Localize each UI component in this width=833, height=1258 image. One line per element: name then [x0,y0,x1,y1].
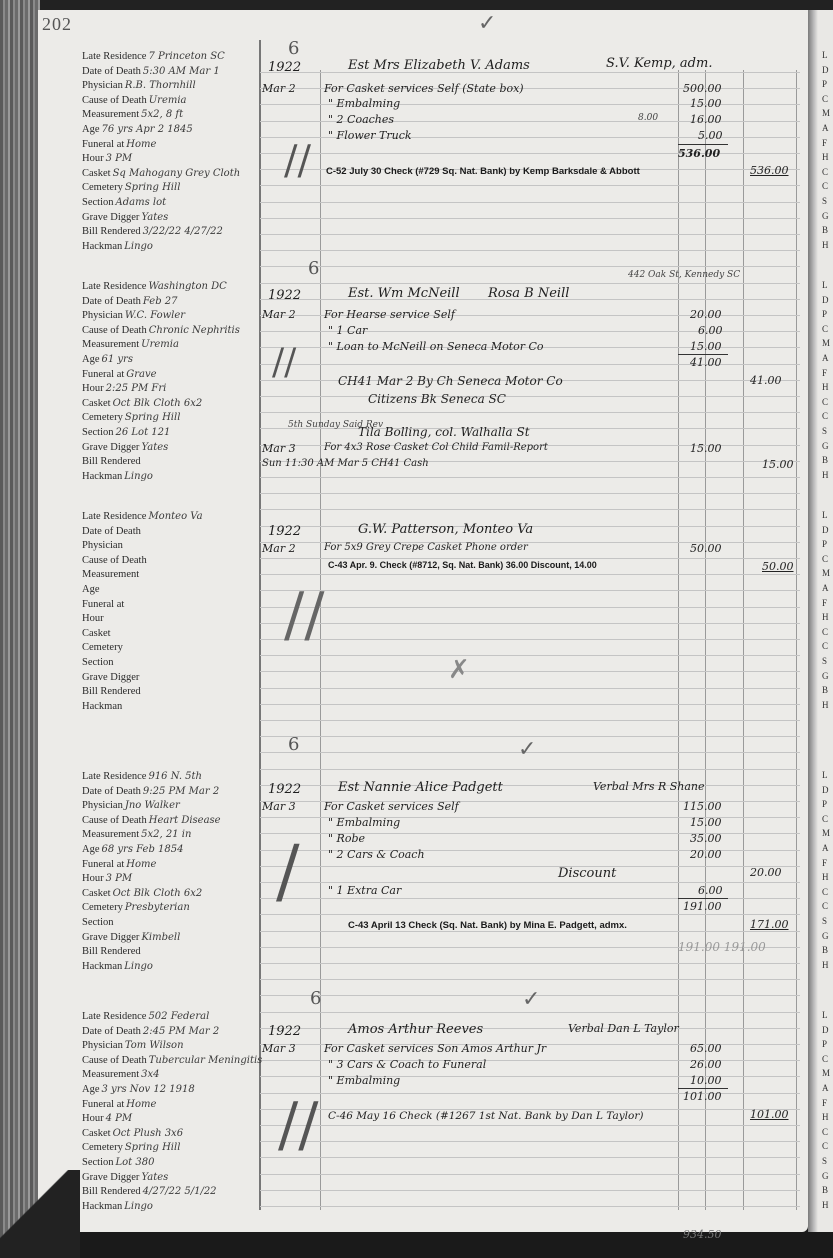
facing-page-label: D [822,1025,829,1036]
facing-page-label: H [822,1112,829,1123]
ruled-line [260,1174,800,1175]
line-amount: 20.00 [690,308,722,321]
facing-page-label: M [822,108,830,119]
field-grave-digger: Grave DiggerYates [82,211,297,226]
entry-party: S.V. Kemp, adm. [606,56,712,71]
facing-page-label: H [822,960,829,971]
ruled-line [260,574,800,575]
field-bill-rendered: Bill Rendered [82,685,297,700]
field-section: Section26 Lot 121 [82,426,297,441]
payment-note: CH41 Mar 2 By Ch Seneca Motor Co [338,374,563,388]
field-late-residence: Late Residence502 Federal [82,1010,297,1025]
facing-page-label: C [822,901,828,912]
field-hackman: HackmanLingo [82,240,297,255]
checkmark-icon: ✓ [522,986,540,1012]
subtotal-rule [678,354,728,355]
field-cause-of-death: Cause of DeathChronic Nephritis [82,324,297,339]
facing-page-label: B [822,685,828,696]
ruled-line [260,1141,800,1142]
field-age: Age3 yrs Nov 12 1918 [82,1083,297,1098]
ruled-line [260,623,800,624]
line-desc: " Embalming [328,816,400,829]
line-amount: 15.00 [690,97,722,110]
double-slash-mark: // [272,342,296,383]
facing-page-label: P [822,309,827,320]
line-amount: 65.00 [690,1042,722,1055]
field-cemetery: CemeterySpring Hill [82,1141,297,1156]
line-amount: 5.00 [698,129,723,142]
field-date-of-death: Date of DeathFeb 27 [82,295,297,310]
field-date-of-death: Date of Death [82,525,297,540]
double-slash-mark: // [278,1090,318,1160]
ruled-line [260,704,800,705]
ruled-line [260,1190,800,1191]
facing-page-label: D [822,785,829,796]
facing-page-edge: LDPCMAFHCCSGBHLDPCMAFHCCSGBHLDPCMAFHCCSG… [808,10,833,1232]
line-amount: 6.00 [698,324,723,337]
facing-page-label: B [822,1185,828,1196]
facing-page-label: C [822,641,828,652]
field-cause-of-death: Cause of Death [82,554,297,569]
facing-page-label: H [822,1200,829,1211]
ruled-line [260,266,800,267]
line-desc: " Embalming [328,97,400,110]
entry-header: G.W. Patterson, Monteo Va [358,522,533,537]
payment-bank: Citizens Bk Seneca SC [368,392,506,406]
facing-page-label: C [822,554,828,565]
ruled-line [260,1028,800,1029]
facing-page-label: C [822,814,828,825]
facing-page-label: A [822,353,829,364]
facing-page-label: F [822,138,827,149]
payment-note: C-43 April 13 Check (Sq. Nat. Bank) by M… [348,920,627,931]
facing-page-label: F [822,368,827,379]
payment-note: C-46 May 16 Check (#1267 1st Nat. Bank b… [328,1110,643,1122]
ruled-line [260,1125,800,1126]
footer-totals: 191.00 191.00 [678,940,766,954]
line-amount: 500.00 [683,82,722,95]
line-desc: For 4x3 Rose Casket Col Child Famil-Repo… [324,442,548,453]
field-bill-rendered: Bill Rendered4/27/22 5/1/22 [82,1185,297,1200]
ruled-line [260,234,800,235]
ruled-line [260,882,800,883]
ruled-line [260,914,800,915]
double-slash-mark: // [284,580,324,650]
facing-page-label: F [822,858,827,869]
subtotal-rule [678,144,728,145]
ruled-line [260,283,800,284]
facing-page-label: H [822,612,829,623]
facing-page-label: H [822,240,829,251]
line-desc: Sun 11:30 AM Mar 5 CH41 Cash [262,458,429,469]
facing-page-label: A [822,123,829,134]
line-date: Mar 3 [262,442,296,455]
discount-amount: 20.00 [750,866,782,879]
facing-page-label: L [822,50,828,61]
facing-page-label: H [822,382,829,393]
line-desc: " Robe [328,832,365,845]
entry-party: Rosa B Neill [488,286,569,301]
field-section: SectionLot 380 [82,1156,297,1171]
facing-page-label: F [822,1098,827,1109]
field-age: Age [82,583,297,598]
ruled-line [260,688,800,689]
line-amount: 35.00 [690,832,722,845]
paid-amount: 101.00 [750,1108,789,1121]
cross-mark: ✗ [448,655,470,685]
field-funeral-at: Funeral atHome [82,138,297,153]
field-casket: Casket [82,627,297,642]
paid-amount: 171.00 [750,918,789,931]
line-desc: For Casket services Son Amos Arthur Jr [324,1042,546,1055]
entry-year: 1922 [268,288,301,303]
field-funeral-at: Funeral atHome [82,858,297,873]
line-date: Mar 3 [262,1042,296,1055]
field-age: Age76 yrs Apr 2 1845 [82,123,297,138]
line-amount: 115.00 [683,800,722,813]
field-late-residence: Late Residence916 N. 5th [82,770,297,785]
column-divider-paid-cents [796,70,797,1210]
ruled-line [260,72,800,73]
ruled-line [260,607,800,608]
subtotal-rule [678,898,728,899]
paid-amount: 15.00 [762,458,794,471]
line-amount: 15.00 [690,816,722,829]
ruled-line [260,590,800,591]
subtotal: 101.00 [683,1090,722,1103]
line-date: Mar 2 [262,542,296,555]
line-desc: " 3 Cars & Coach to Funeral [328,1058,486,1071]
entry-3-fields: Late ResidenceMonteo Va Date of Death Ph… [82,510,297,714]
ruled-line [260,396,800,397]
field-late-residence: Late Residence7 Princeton SC [82,50,297,65]
page-number: 202 [42,14,72,35]
entry-year: 1922 [268,524,301,539]
field-date-of-death: Date of Death9:25 PM Mar 2 [82,785,297,800]
field-cemetery: CemeterySpring Hill [82,411,297,426]
checkmark-icon: ✓ [478,10,496,36]
column-divider-cents [705,70,706,1210]
field-late-residence: Late ResidenceMonteo Va [82,510,297,525]
field-cemetery: CemeterySpring Hill [82,181,297,196]
ledger-page: 202 Late Residence7 Princeton SC Date of… [38,10,808,1232]
field-age: Age61 yrs [82,353,297,368]
ruled-line [260,250,800,251]
line-desc: " 2 Coaches [328,113,394,126]
facing-page-label: M [822,1068,830,1079]
line-desc: For Hearse service Self [324,308,455,321]
facing-page-label: M [822,568,830,579]
facing-page-label: P [822,799,827,810]
facing-page-label: L [822,510,828,521]
field-measurement: Measurement [82,568,297,583]
facing-page-label: C [822,94,828,105]
paid-amount: 41.00 [750,374,782,387]
entry-1-fields: Late Residence7 Princeton SC Date of Dea… [82,50,297,254]
book-binding [0,0,40,1258]
ruled-line [260,477,800,478]
ruled-line [260,979,800,980]
ruled-line [260,202,800,203]
field-hour: Hour [82,612,297,627]
facing-page-label: A [822,1083,829,1094]
entry-mark: 6 [288,734,299,755]
column-divider-amount [678,70,679,1210]
entry-party: Verbal Mrs R Shane [593,780,705,793]
line-amount: 16.00 [690,113,722,126]
facing-page-label: C [822,887,828,898]
subtotal-rule [678,1088,728,1089]
double-slash-mark: // [284,138,311,184]
payment-note: C-43 Apr. 9. Check (#8712, Sq. Nat. Bank… [328,560,597,570]
field-casket: CasketOct Blk Cloth 6x2 [82,887,297,902]
entry-mark: 6 [310,988,321,1009]
line-note: 8.00 [638,113,658,123]
extra-name: Tila Bolling, col. Walhalla St [358,425,530,439]
facing-page-label: S [822,196,827,207]
line-amount: 10.00 [690,1074,722,1087]
ruled-line [260,866,800,867]
entry-5-fields: Late Residence502 Federal Date of Death2… [82,1010,297,1214]
facing-page-label: S [822,656,827,667]
facing-page-label: L [822,280,828,291]
ruled-line [260,493,800,494]
line-desc: " Embalming [328,1074,400,1087]
facing-page-label: C [822,324,828,335]
facing-page-label: C [822,397,828,408]
field-hackman: HackmanLingo [82,1200,297,1215]
facing-page-label: C [822,1141,828,1152]
line-date: Mar 2 [262,308,296,321]
facing-page-label: C [822,167,828,178]
ruled-line [260,639,800,640]
field-funeral-at: Funeral atGrave [82,368,297,383]
discount-label: Discount [558,866,616,881]
line-amount: 15.00 [690,340,722,353]
field-hour: Hour4 PM [82,1112,297,1127]
book-corner [0,1170,80,1258]
facing-page-label: C [822,1054,828,1065]
entry-header: Est. Wm McNeill [348,286,460,301]
field-measurement: MeasurementUremia [82,338,297,353]
line-desc: " 2 Cars & Coach [328,848,425,861]
line-amount: 20.00 [690,848,722,861]
field-section: Section [82,656,297,671]
ruled-line [260,412,800,413]
field-cemetery: Cemetery [82,641,297,656]
facing-page-label: B [822,945,828,956]
facing-page-label: H [822,872,829,883]
field-casket: CasketOct Plush 3x6 [82,1127,297,1142]
subtotal: 41.00 [690,356,722,369]
entry-header: Est Mrs Elizabeth V. Adams [348,58,530,73]
facing-page-label: P [822,1039,827,1050]
field-casket: CasketSq Mahogany Grey Cloth [82,167,297,182]
facing-page-label: S [822,916,827,927]
field-hackman: Hackman [82,700,297,715]
entry-header: Est Nannie Alice Padgett [338,780,503,795]
facing-page-label: D [822,295,829,306]
subtotal: 536.00 [678,147,720,160]
field-date-of-death: Date of Death5:30 AM Mar 1 [82,65,297,80]
paid-amount: 50.00 [762,560,794,573]
field-grave-digger: Grave Digger [82,671,297,686]
checkmark-icon: ✓ [518,736,536,762]
line-desc: " 1 Car [328,324,367,337]
ruled-line [260,509,800,510]
line-date: Mar 3 [262,800,296,813]
facing-page-label: M [822,828,830,839]
ruled-line [260,671,800,672]
facing-page-label: C [822,181,828,192]
field-hour: Hour3 PM [82,152,297,167]
facing-page-label: L [822,770,828,781]
field-casket: CasketOct Blk Cloth 6x2 [82,397,297,412]
entry-mark: 6 [288,38,299,59]
ruled-line [260,218,800,219]
ruled-line [260,1206,800,1207]
field-section: SectionAdams lot [82,196,297,211]
field-cause-of-death: Cause of DeathTubercular Meningitis [82,1054,297,1069]
facing-page-label: D [822,65,829,76]
double-slash-mark: / [276,830,300,912]
line-amount: 50.00 [690,542,722,555]
line-desc: For Casket services Self (State box) [324,82,524,95]
field-measurement: Measurement5x2, 21 in [82,828,297,843]
facing-page-label: G [822,441,829,452]
field-bill-rendered: Bill Rendered3/22/22 4/27/22 [82,225,297,240]
ruled-line [260,558,800,559]
facing-page-label: S [822,1156,827,1167]
facing-page-label: M [822,338,830,349]
ruled-line [260,963,800,964]
facing-page-label: H [822,700,829,711]
ruled-line [260,655,800,656]
line-desc: For Casket services Self [324,800,459,813]
facing-page-label: G [822,1171,829,1182]
field-late-residence: Late ResidenceWashington DC [82,280,297,295]
field-age: Age68 yrs Feb 1854 [82,843,297,858]
facing-page-label: G [822,671,829,682]
page-total: 934.50 [683,1228,722,1241]
entry-year: 1922 [268,782,301,797]
subtotal: 191.00 [683,900,722,913]
facing-page-label: C [822,627,828,638]
field-funeral-at: Funeral at [82,598,297,613]
field-section: Section [82,916,297,931]
facing-page-label: H [822,152,829,163]
field-bill-rendered: Bill Rendered [82,945,297,960]
paid-amount: 536.00 [750,164,789,177]
field-hour: Hour2:25 PM Fri [82,382,297,397]
facing-page-label: D [822,525,829,536]
line-amount: 15.00 [690,442,722,455]
line-amount: 6.00 [698,884,723,897]
facing-page-label: C [822,1127,828,1138]
facing-page-label: L [822,1010,828,1021]
payment-note: C-52 July 30 Check (#729 Sq. Nat. Bank) … [326,166,640,177]
field-grave-digger: Grave DiggerKimbell [82,931,297,946]
column-divider-paid [743,70,744,1210]
facing-page-label: G [822,211,829,222]
field-hackman: HackmanLingo [82,960,297,975]
field-funeral-at: Funeral atHome [82,1098,297,1113]
line-desc: " Loan to McNeill on Seneca Motor Co [328,340,544,353]
field-grave-digger: Grave DiggerYates [82,1171,297,1186]
field-measurement: Measurement3x4 [82,1068,297,1083]
field-cause-of-death: Cause of DeathUremia [82,94,297,109]
ruled-line [260,769,800,770]
field-measurement: Measurement5x2, 8 ft [82,108,297,123]
facing-page-label: B [822,455,828,466]
facing-page-label: B [822,225,828,236]
line-desc: For 5x9 Grey Crepe Casket Phone order [324,542,528,553]
entry-year: 1922 [268,60,301,75]
entry-year: 1922 [268,1024,301,1039]
facing-page-label: S [822,426,827,437]
field-hackman: HackmanLingo [82,470,297,485]
line-desc: " 1 Extra Car [328,884,401,897]
facing-page-label: H [822,470,829,481]
ruled-line [260,185,800,186]
facing-page-label: C [822,411,828,422]
facing-page-label: A [822,583,829,594]
field-cause-of-death: Cause of DeathHeart Disease [82,814,297,829]
ruled-line [260,1157,800,1158]
entry-header: Amos Arthur Reeves [348,1022,483,1037]
line-desc: " Flower Truck [328,129,412,142]
ruled-line [260,720,800,721]
facing-page-label: P [822,539,827,550]
field-cemetery: CemeteryPresbyterian [82,901,297,916]
line-date: Mar 2 [262,82,296,95]
entry-party: Verbal Dan L Taylor [568,1022,679,1035]
field-hour: Hour3 PM [82,872,297,887]
facing-page-label: P [822,79,827,90]
facing-page-label: F [822,598,827,609]
facing-page-label: G [822,931,829,942]
field-date-of-death: Date of Death2:45 PM Mar 2 [82,1025,297,1040]
line-amount: 26.00 [690,1058,722,1071]
entry-mark: 6 [308,258,319,279]
facing-page-label: A [822,843,829,854]
entry-address: 442 Oak St, Kennedy SC [628,270,740,280]
